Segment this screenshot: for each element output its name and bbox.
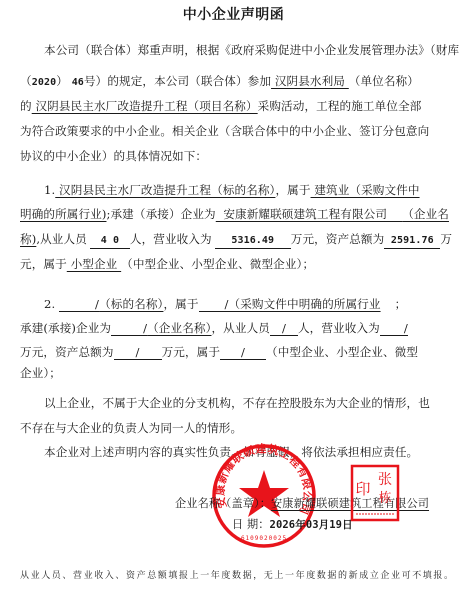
item-text: ，从业人员 xyxy=(211,321,269,335)
item1-line-3: 称),从业人员4 0人，营业收入为5316.49万元，资产总额为2591.76万 xyxy=(20,231,450,249)
closing-line-2: 不存在与大企业的负责人为同一人的情形。 xyxy=(20,420,450,436)
regulation-number: 46 xyxy=(72,77,84,88)
item2-line-1: 2. /（标的名称），属于/（采购文件中明确的所属行业； xyxy=(20,296,450,312)
item1-contractor-name: 安康新耀联硕建筑工程有限公司 xyxy=(216,207,402,221)
intro-line-1: 本公司（联合体）郑重声明，根据《政府采购促进中小企业发展管理办法》（财库 xyxy=(20,42,450,58)
item-text: 万元，资产总额为 xyxy=(20,345,114,359)
item-text: 称) xyxy=(20,232,36,246)
intro-text: 本公司（联合体）郑重声明，根据《政府采购促进中小企业发展管理办法》（财库 xyxy=(44,43,459,57)
svg-text:印: 印 xyxy=(355,480,370,498)
item-text: 万 xyxy=(440,232,452,246)
item2-revenue: / xyxy=(380,321,408,336)
intro-line-5: 协议的中小企业）的具体情况如下： xyxy=(20,148,450,164)
item-text: ,从业人员 xyxy=(36,232,87,246)
item2-contractor-name: / xyxy=(111,321,147,336)
item-text: 承建(承接)企业为 xyxy=(20,321,111,335)
paren-open: （ xyxy=(20,74,32,88)
regulation-year: 2020 xyxy=(32,77,56,88)
document-title: 中小企业声明函 xyxy=(0,4,467,24)
item-text: 人，营业收入为 xyxy=(298,321,380,335)
signed-date: 2026年03月19日 xyxy=(270,519,353,531)
footnote: 从业人员、营业收入、资产总额填报上一年度数据，无上一年度数据的新成立企业可不填报… xyxy=(20,568,450,581)
item-text: ，属于 xyxy=(163,297,198,311)
item-text: 万元，属于 xyxy=(162,345,220,359)
intro-line-2: （2020） 46号）的规定，本公司（联合体）参加 汉阴县水利局 （单位名称） xyxy=(20,73,450,91)
intro-text: 的 xyxy=(20,99,32,113)
item1-industry: 建筑业（采购文件中 xyxy=(311,183,420,197)
project-name: 汉阴县民主水厂改造提升工程（项目名称） xyxy=(32,99,258,113)
item1-industry-cont: 明确的所属行业) xyxy=(20,207,106,221)
item1-revenue: 5316.49 xyxy=(215,234,291,249)
item-text: 人，营业收入为 xyxy=(130,232,212,246)
item-text: （企业名 xyxy=(402,207,449,221)
item2-line-4: 企业）； xyxy=(20,365,450,381)
item2-assets: / xyxy=(114,345,162,360)
signature-company-line: 企业名称（盖章）：安康新耀联硕建筑工程有限公司 xyxy=(175,496,455,512)
intro-line-4: 为符合政策要求的中小企业。相关企业（含联合体中的中小企业、签订分包意向 xyxy=(20,123,450,139)
item2-line-2: 承建(承接)企业为/（企业名称），从业人员/人，营业收入为/ xyxy=(20,320,450,336)
item-text: 元，属于 xyxy=(20,257,67,271)
item1-line-2: 明确的所属行业);承建（承接）企业为 安康新耀联硕建筑工程有限公司 （企业名 xyxy=(20,206,450,222)
item-text: ； xyxy=(395,297,407,311)
item1-enterprise-size: 小型企业 xyxy=(67,257,121,271)
item-text: （企业名称） xyxy=(147,321,211,335)
item-text: ，属于 xyxy=(275,183,310,197)
size-options: （中型企业、小型企业、微型企业）； xyxy=(121,257,314,271)
item-text: 万元，资产总额为 xyxy=(291,232,385,246)
item1-employees: 4 0 xyxy=(90,234,130,249)
company-label: 企业名称（盖章）： xyxy=(175,497,271,510)
svg-text:张: 张 xyxy=(378,472,392,488)
item1-line-1: 1. 汉阴县民主水厂改造提升工程（标的名称），属于 建筑业（采购文件中 xyxy=(20,182,450,198)
purchasing-unit-name: 汉阴县水利局 xyxy=(271,74,349,88)
item-number: 2. xyxy=(44,297,55,311)
item1-assets: 2591.76 xyxy=(384,234,440,249)
item-number: 1. xyxy=(44,183,55,197)
closing-line-1: 以上企业，不属于大企业的分支机构，不存在控股股东为大企业的情形，也 xyxy=(20,395,450,411)
personal-seal-icon: 印 张 栋 xyxy=(350,464,400,522)
svg-text:栋: 栋 xyxy=(378,490,392,506)
item1-line-4: 元，属于 小型企业 （中型企业、小型企业、微型企业）； xyxy=(20,256,450,272)
item2-industry: / xyxy=(199,297,229,312)
intro-text: 号）的规定，本公司（联合体）参加 xyxy=(84,74,271,88)
signature-date-line: 日 期：2026年03月19日 xyxy=(232,517,432,533)
intro-text: 采购活动，工程的施工单位全部 xyxy=(258,99,422,113)
item2-employees: / xyxy=(270,321,298,336)
date-label: 日 期： xyxy=(232,518,270,531)
unit-label: （单位名称） xyxy=(349,74,419,88)
item-text: ;承建（承接）企业为 xyxy=(106,207,215,221)
item-text: （采购文件中明确的所属行业 xyxy=(229,297,395,311)
item1-subject: 汉阴县民主水厂改造提升工程（标的名称） xyxy=(55,183,275,197)
svg-text:6109020025: 6109020025 xyxy=(241,535,287,542)
item2-enterprise-size: / xyxy=(220,345,266,360)
size-options: （中型企业、小型企业、微型 xyxy=(266,345,418,359)
paren-close: ） xyxy=(56,74,68,88)
item-text: （标的名称） xyxy=(99,297,163,311)
item2-line-3: 万元，资产总额为/万元，属于/（中型企业、小型企业、微型 xyxy=(20,344,450,360)
intro-line-3: 的 汉阴县民主水厂改造提升工程（项目名称）采购活动，工程的施工单位全部 xyxy=(20,98,450,114)
declaration-letter-page: 中小企业声明函 本公司（联合体）郑重声明，根据《政府采购促进中小企业发展管理办法… xyxy=(0,0,467,597)
item2-subject: / xyxy=(59,297,99,312)
